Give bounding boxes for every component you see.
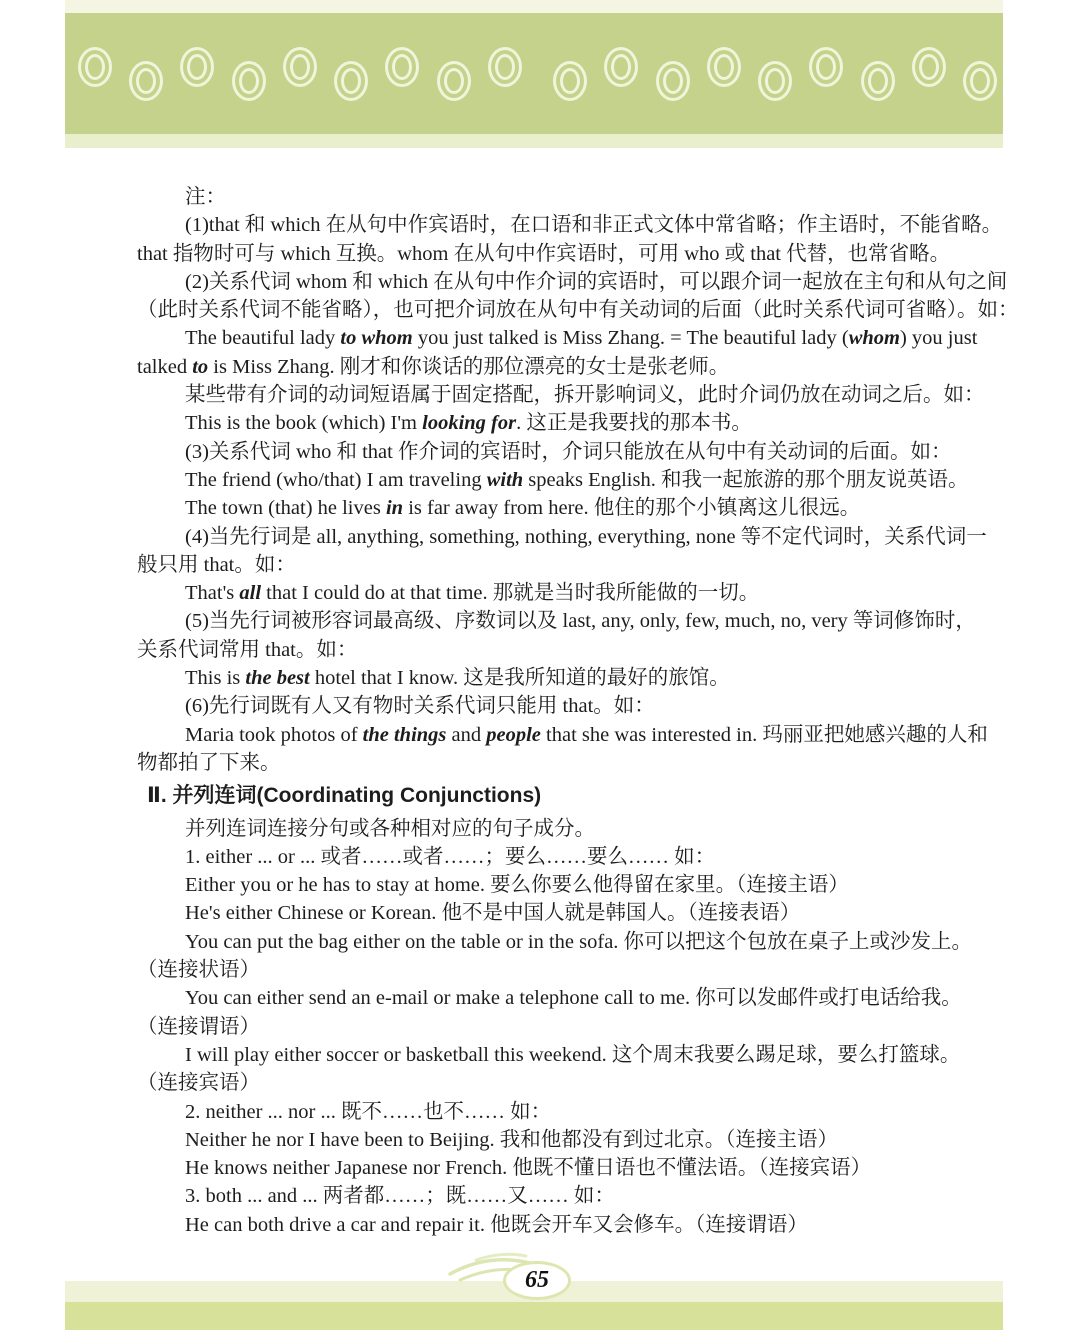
text-line: Either you or he has to stay at home. 要么…	[137, 871, 927, 899]
text-line: You can put the bag either on the table …	[137, 928, 927, 956]
text-run: that I could do at that time. 那就是当时我所能做的…	[261, 582, 759, 604]
decorative-circle-icon	[283, 47, 317, 87]
decorative-circle-icon	[707, 47, 741, 87]
text-run: （连接宾语）	[137, 1072, 260, 1094]
text-run: . 这正是我要找的那本书。	[516, 412, 752, 434]
section-heading: Ⅱ. 并列连词(Coordinating Conjunctions)	[137, 782, 927, 810]
emphasis-text: looking for	[422, 412, 516, 434]
text-run: The friend (who/that) I am traveling	[185, 469, 487, 491]
text-line: This is the book (which) I'm looking for…	[137, 409, 927, 437]
text-run: This is the book (which) I'm	[185, 412, 422, 434]
text-line: 1. either ... or ... 或者……或者……；要么……要么…… 如…	[137, 843, 927, 871]
text-line: (4)当先行词是 all, anything, something, nothi…	[137, 523, 927, 551]
text-run: that 指物时可与 which 互换。whom 在从句中作宾语时，可用 who…	[137, 243, 950, 265]
decorative-circle-icon	[129, 61, 163, 101]
top-strip	[65, 0, 1003, 13]
page-content: 注：(1)that 和 which 在从句中作宾语时，在口语和非正式文体中常省略…	[137, 183, 927, 1239]
text-run: He knows neither Japanese nor French. 他既…	[185, 1157, 871, 1179]
text-line: 并列连词连接分句或各种相对应的句子成分。	[137, 815, 927, 843]
text-run: speaks English. 和我一起旅游的那个朋友说英语。	[523, 469, 968, 491]
text-run: (2)关系代词 whom 和 which 在从句中作介词的宾语时，可以跟介词一起…	[185, 271, 1007, 293]
text-run: You can either send an e-mail or make a …	[185, 987, 962, 1009]
emphasis-text: to	[192, 356, 208, 378]
text-line: (6)先行词既有人又有物时关系代词只能用 that。如：	[137, 692, 927, 720]
text-run: hotel that I know. 这是我所知道的最好的旅馆。	[310, 667, 730, 689]
text-run: (3)关系代词 who 和 that 作介词的宾语时，介词只能放在从句中有关动词…	[185, 441, 951, 463]
decorative-circle-icon	[385, 47, 419, 87]
text-run: 并列连词连接分句或各种相对应的句子成分。	[185, 818, 595, 840]
text-line: He can both drive a car and repair it. 他…	[137, 1211, 927, 1239]
text-line: Neither he nor I have been to Beijing. 我…	[137, 1126, 927, 1154]
text-line: That's all that I could do at that time.…	[137, 579, 927, 607]
text-line: You can either send an e-mail or make a …	[137, 984, 927, 1012]
text-run: 般只用 that。如：	[137, 554, 296, 576]
text-run: (5)当先行词被形容词最高级、序数词以及 last, any, only, fe…	[185, 610, 976, 632]
text-run: That's	[185, 582, 239, 604]
text-run: that she was interested in. 玛丽亚把她感兴趣的人和	[541, 724, 988, 746]
page-number-badge: 65	[503, 1261, 571, 1300]
page-number: 65	[525, 1267, 549, 1294]
text-run: The beautiful lady	[185, 327, 340, 349]
decorative-circle-icon	[604, 47, 638, 87]
text-run: and	[446, 724, 486, 746]
text-run: 某些带有介词的动词短语属于固定搭配，拆开影响词义，此时介词仍放在动词之后。如：	[185, 384, 985, 406]
text-run: you just talked is Miss Zhang. = The bea…	[413, 327, 849, 349]
text-line: He's either Chinese or Korean. 他不是中国人就是韩…	[137, 899, 927, 927]
text-line: The friend (who/that) I am traveling wit…	[137, 466, 927, 494]
text-line: （此时关系代词不能省略），也可把介词放在从句中有关动词的后面（此时关系代词可省略…	[137, 296, 927, 324]
emphasis-text: to whom	[340, 327, 412, 349]
decorative-circle-icon	[437, 61, 471, 101]
emphasis-text: all	[239, 582, 261, 604]
decorative-circle-icon	[809, 47, 843, 87]
text-run: 1. either ... or ... 或者……或者……；要么……要么…… 如…	[185, 846, 715, 868]
text-run: talked	[137, 356, 192, 378]
text-line: 2. neither ... nor ... 既不……也不…… 如：	[137, 1098, 927, 1126]
decorative-circle-icon	[78, 47, 112, 87]
emphasis-text: the things	[363, 724, 447, 746]
text-run: （连接状语）	[137, 959, 260, 981]
decorative-circle-icon	[963, 61, 997, 101]
emphasis-text: whom	[849, 327, 900, 349]
text-line: (3)关系代词 who 和 that 作介词的宾语时，介词只能放在从句中有关动词…	[137, 438, 927, 466]
emphasis-text: people	[486, 724, 541, 746]
decorative-circle-icon	[553, 61, 587, 101]
circle-row	[78, 13, 997, 134]
text-run: Maria took photos of	[185, 724, 363, 746]
emphasis-text: the best	[245, 667, 309, 689]
text-line: 物都拍了下来。	[137, 749, 927, 777]
emphasis-text: in	[386, 497, 403, 519]
text-run: This is	[185, 667, 245, 689]
decorative-circle-icon	[180, 47, 214, 87]
text-run: ) you just	[900, 327, 977, 349]
text-line: 般只用 that。如：	[137, 551, 927, 579]
decorative-circle-icon	[912, 47, 946, 87]
text-line: This is the best hotel that I know. 这是我所…	[137, 664, 927, 692]
text-line: 3. both ... and ... 两者都……；既……又…… 如：	[137, 1182, 927, 1210]
text-line: that 指物时可与 which 互换。whom 在从句中作宾语时，可用 who…	[137, 240, 927, 268]
text-line: The beautiful lady to whom you just talk…	[137, 324, 927, 352]
text-run: 关系代词常用 that。如：	[137, 639, 357, 661]
text-run: You can put the bag either on the table …	[185, 931, 972, 953]
textbook-page: 注：(1)that 和 which 在从句中作宾语时，在口语和非正式文体中常省略…	[0, 0, 1080, 1337]
text-run: is far away from here. 他住的那个小镇离这儿很远。	[403, 497, 860, 519]
text-run: He's either Chinese or Korean. 他不是中国人就是韩…	[185, 902, 800, 924]
decorative-circle-icon	[488, 47, 522, 87]
text-run: The town (that) he lives	[185, 497, 386, 519]
decorative-circle-icon	[334, 61, 368, 101]
text-line: I will play either soccer or basketball …	[137, 1041, 927, 1069]
decorative-circle-icon	[656, 61, 690, 101]
text-run: 3. both ... and ... 两者都……；既……又…… 如：	[185, 1185, 615, 1207]
text-line: 关系代词常用 that。如：	[137, 636, 927, 664]
decorative-circle-icon	[758, 61, 792, 101]
text-line: Maria took photos of the things and peop…	[137, 721, 927, 749]
decorative-circle-icon	[861, 61, 895, 101]
text-run: Ⅱ. 并列连词(Coordinating Conjunctions)	[147, 784, 541, 807]
text-run: （连接谓语）	[137, 1016, 260, 1038]
text-run: (6)先行词既有人又有物时关系代词只能用 that。如：	[185, 695, 655, 717]
text-run: (4)当先行词是 all, anything, something, nothi…	[185, 526, 987, 548]
text-run: 物都拍了下来。	[137, 752, 281, 774]
text-line: 注：	[137, 183, 927, 211]
text-run: is Miss Zhang. 刚才和你谈话的那位漂亮的女士是张老师。	[208, 356, 729, 378]
footer-band-dark	[65, 1302, 1003, 1330]
text-line: (2)关系代词 whom 和 which 在从句中作介词的宾语时，可以跟介词一起…	[137, 268, 927, 296]
text-run: 2. neither ... nor ... 既不……也不…… 如：	[185, 1101, 551, 1123]
header-band	[65, 13, 1003, 134]
text-line: The town (that) he lives in is far away …	[137, 494, 927, 522]
header-band-strip	[65, 134, 1003, 148]
text-line: He knows neither Japanese nor French. 他既…	[137, 1154, 927, 1182]
text-line: （连接宾语）	[137, 1069, 927, 1097]
text-run: 注：	[185, 186, 226, 208]
text-run: He can both drive a car and repair it. 他…	[185, 1214, 808, 1236]
decorative-circle-icon	[232, 61, 266, 101]
text-run: （此时关系代词不能省略），也可把介词放在从句中有关动词的后面（此时关系代词可省略…	[137, 299, 1019, 321]
text-run: I will play either soccer or basketball …	[185, 1044, 960, 1066]
text-line: talked to is Miss Zhang. 刚才和你谈话的那位漂亮的女士是…	[137, 353, 927, 381]
emphasis-text: with	[487, 469, 523, 491]
text-line: (5)当先行词被形容词最高级、序数词以及 last, any, only, fe…	[137, 607, 927, 635]
text-line: （连接谓语）	[137, 1013, 927, 1041]
text-line: (1)that 和 which 在从句中作宾语时，在口语和非正式文体中常省略；作…	[137, 211, 927, 239]
text-run: Either you or he has to stay at home. 要么…	[185, 874, 849, 896]
text-line: 某些带有介词的动词短语属于固定搭配，拆开影响词义，此时介词仍放在动词之后。如：	[137, 381, 927, 409]
text-run: (1)that 和 which 在从句中作宾语时，在口语和非正式文体中常省略；作…	[185, 214, 1002, 236]
text-run: Neither he nor I have been to Beijing. 我…	[185, 1129, 838, 1151]
text-line: （连接状语）	[137, 956, 927, 984]
